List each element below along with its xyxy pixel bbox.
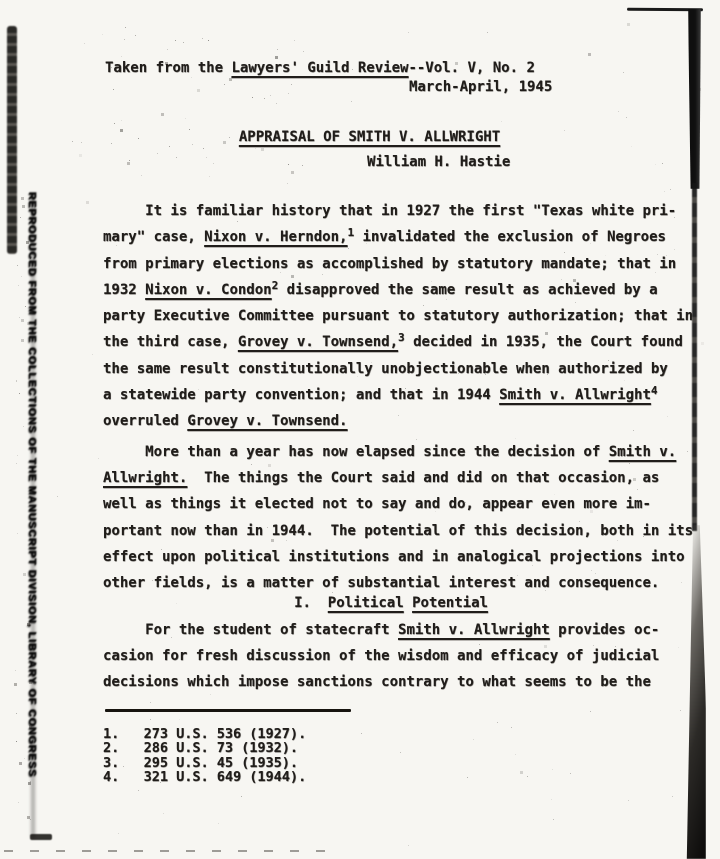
footnote-line: 3. 295 U.S. 45 (1935).	[103, 756, 707, 771]
text-segment: 1932	[103, 282, 145, 298]
text-line: casion for fresh discussion of the wisdo…	[103, 643, 707, 669]
text-line: overruled Grovey v. Townsend.	[103, 408, 707, 434]
text-segment: More than a year has now elapsed since t…	[103, 444, 609, 460]
text-line: a statewide party convention; and that i…	[103, 382, 707, 408]
source-citation-line: Taken from the Lawyers' Guild Review--Vo…	[105, 60, 535, 77]
underlined-text: Allwright.	[103, 470, 187, 486]
text-segment: the third case,	[103, 334, 238, 350]
scan-artifact-right-edge-line	[692, 183, 697, 531]
underlined-text: Political	[328, 595, 404, 611]
text-line: effect upon political institutions and i…	[103, 544, 707, 570]
scan-artifact-stamp-hook	[30, 834, 52, 840]
underlined-text: Nixon v. Condon	[145, 282, 271, 298]
paragraph: More than a year has now elapsed since t…	[103, 439, 707, 597]
underlined-text: Smith v.	[609, 444, 676, 460]
document-byline: William H. Hastie	[367, 154, 510, 171]
underlined-text: Grovey v. Townsend,	[238, 334, 398, 350]
footnote-marker: 2	[272, 279, 279, 292]
text-line: decisions which impose sanctions contrar…	[103, 669, 707, 695]
footnote-marker: 1	[347, 226, 354, 239]
text-segment: other fields, is a matter of substantial…	[103, 575, 659, 591]
text-segment: For the student of statecraft	[103, 622, 398, 638]
text-segment: from primary elections as accomplished b…	[103, 256, 676, 272]
text-segment: provides oc-	[550, 622, 660, 638]
scan-artifact-right-edge-band	[688, 9, 701, 189]
section-heading: I. Political Potential	[89, 590, 693, 616]
scan-artifact-left-edge-faint	[10, 254, 16, 839]
text-line: portant now than in 1944. The potential …	[103, 518, 707, 544]
scanned-document-page: { "document": { "source_line1": [ {"t":"…	[0, 0, 720, 859]
footnote-marker: 4	[651, 384, 658, 397]
text-line: More than a year has now elapsed since t…	[103, 439, 707, 465]
underlined-text: APPRAISAL OF SMITH V. ALLWRIGHT	[239, 129, 500, 145]
text-line: For the student of statecraft Smith v. A…	[103, 617, 707, 643]
underlined-text: Potential	[412, 595, 488, 611]
text-segment: Taken from the	[105, 60, 231, 76]
text-segment: --Vol. V, No. 2	[408, 60, 534, 76]
document-title: APPRAISAL OF SMITH V. ALLWRIGHT	[81, 129, 658, 146]
text-segment: disapproved the same result as achieved …	[278, 282, 657, 298]
footnote-marker: 3	[398, 331, 405, 344]
text-segment: overruled	[103, 413, 187, 429]
footnote-separator	[105, 709, 351, 712]
library-archive-stamp: REPRODUCED FROM THE COLLECTIONS OF THE M…	[26, 192, 38, 844]
text-line: mary" case, Nixon v. Herndon,1 invalidat…	[103, 224, 707, 250]
text-segment: a statewide party convention; and that i…	[103, 387, 499, 403]
scan-noise-speckles	[0, 0, 1, 1]
text-line: party Executive Committee pursuant to st…	[103, 303, 707, 329]
text-segment: decisions which impose sanctions contrar…	[103, 674, 651, 690]
text-segment: invalidated the exclusion of Negroes	[354, 229, 666, 245]
text-line: well as things it elected not to say and…	[103, 491, 707, 517]
text-line: the third case, Grovey v. Townsend,3 dec…	[103, 329, 707, 355]
footnote-line: 1. 273 U.S. 536 (1927).	[103, 727, 707, 742]
text-line: 1932 Nixon v. Condon2 disapproved the sa…	[103, 277, 707, 303]
text-segment: I.	[294, 595, 328, 611]
text-segment: effect upon political institutions and i…	[103, 549, 685, 565]
text-segment: casion for fresh discussion of the wisdo…	[103, 648, 659, 664]
underlined-text: Nixon v. Herndon,	[204, 229, 347, 245]
text-segment	[404, 595, 412, 611]
paragraph: For the student of statecraft Smith v. A…	[103, 617, 707, 696]
paragraph: It is familiar history that in 1927 the …	[103, 198, 707, 435]
footnotes-block: 1. 273 U.S. 536 (1927).2. 286 U.S. 73 (1…	[103, 727, 707, 785]
source-date-line: March-April, 1945	[409, 79, 552, 96]
underlined-text: Grovey v. Townsend.	[187, 413, 347, 429]
text-segment: party Executive Committee pursuant to st…	[103, 308, 693, 324]
underlined-text: Lawyers' Guild Review	[231, 60, 408, 76]
text-line: It is familiar history that in 1927 the …	[103, 198, 707, 224]
text-line: Allwright. The things the Court said and…	[103, 465, 707, 491]
text-segment: decided in 1935, the Court found	[405, 334, 683, 350]
text-segment: portant now than in 1944. The potential …	[103, 523, 693, 539]
footnote-line: 2. 286 U.S. 73 (1932).	[103, 741, 707, 756]
text-line: the same result constitutionally unobjec…	[103, 356, 707, 382]
text-segment: The things the Court said and did on tha…	[187, 470, 659, 486]
text-line: from primary elections as accomplished b…	[103, 251, 707, 277]
underlined-text: Smith v. Allwright	[499, 387, 651, 403]
scan-artifact-bottom-dashes	[4, 850, 334, 852]
document-body: It is familiar history that in 1927 the …	[103, 198, 707, 785]
text-segment: It is familiar history that in 1927 the …	[103, 203, 676, 219]
underlined-text: Smith v. Allwright	[398, 622, 550, 638]
text-segment: the same result constitutionally unobjec…	[103, 361, 668, 377]
text-segment: well as things it elected not to say and…	[103, 496, 651, 512]
footnote-line: 4. 321 U.S. 649 (1944).	[103, 770, 707, 785]
scan-artifact-left-edge-band	[7, 26, 17, 254]
text-segment: mary" case,	[103, 229, 204, 245]
